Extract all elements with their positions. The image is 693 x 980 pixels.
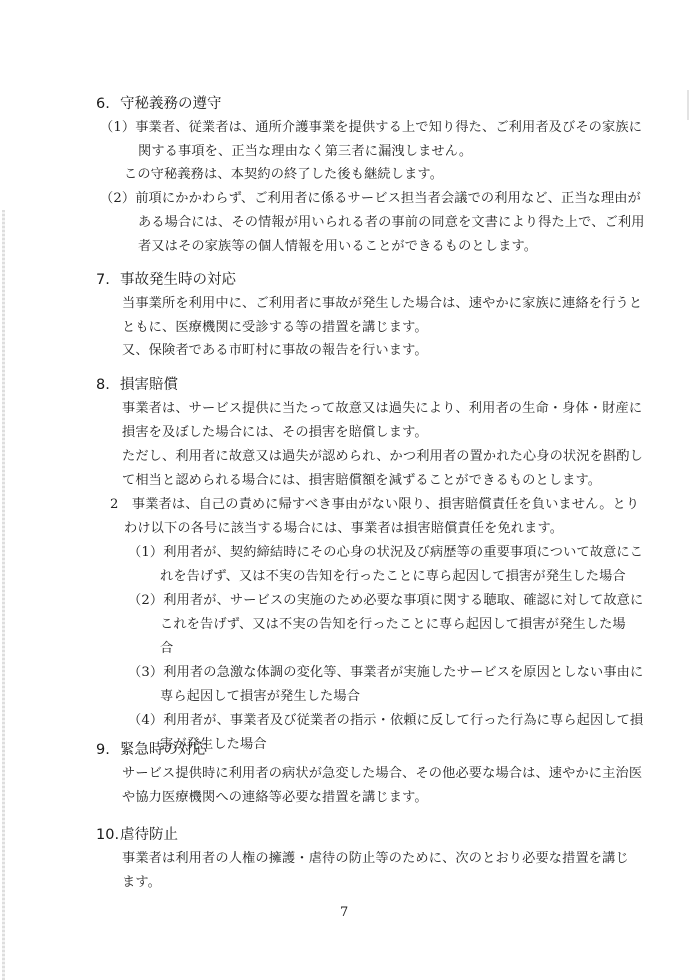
section-7-line: ともに、医療機関に受診する等の措置を講じます。 (122, 318, 428, 338)
section-6-line: （1）事業者、従業者は、通所介護事業を提供する上で知り得た、ご利用者及びその家族… (100, 118, 642, 138)
section-8-line: ただし、利用者に故意又は過失が認められ、かつ利用者の置かれた心身の状況を斟酌し (122, 447, 643, 467)
section-8-line: て相当と認められる場合には、損害賠償額を減ずることができるものとします。 (122, 471, 601, 491)
section-6-line: （2）前項にかかわらず、ご利用者に係るサービス担当者会議での利用など、正当な理由… (100, 189, 641, 209)
section-10-line: 事業者は利用者の人権の擁護・虐待の防止等のために、次のとおり必要な措置を講じ (122, 849, 629, 869)
section-number: 8. (96, 375, 120, 395)
section-8-line: わけ以下の各号に該当する場合には、事業者は損害賠償責任を免れます。 (124, 519, 563, 539)
section-6-line: 関する事項を、正当な理由なく第三者に漏洩しません。 (138, 142, 472, 162)
scan-edge-artifact (2, 210, 5, 980)
section-6-line: ある場合には、その情報が用いられる者の事前の同意を文書により得た上で、ご利用 (138, 213, 645, 233)
section-8-line: （1）利用者が、契約締結時にその心身の状況及び病歴等の重要事項について故意にこ (128, 543, 643, 563)
section-6-heading: 6.守秘義務の遵守 (96, 94, 222, 114)
section-number: 6. (96, 94, 120, 114)
section-7-heading: 7.事故発生時の対応 (96, 270, 236, 290)
section-title: 事故発生時の対応 (120, 272, 236, 288)
section-6-line: この守秘義務は、本契約の終了した後も継続します。 (124, 165, 443, 185)
section-8-line: れを告げず、又は不実の告知を行ったことに専ら起因して損害が発生した場合 (160, 567, 626, 587)
section-8-line: 専ら起因して損害が発生した場合 (160, 687, 360, 707)
section-10-line: ます。 (122, 873, 161, 893)
section-8-line: 損害を及ぼした場合には、その損害を賠償します。 (122, 423, 428, 443)
section-number: 9. (96, 740, 120, 760)
section-7-line: 当事業所を利用中に、ご利用者に事故が発生した場合は、速やかに家族に連絡を行うと (122, 294, 642, 314)
section-7-line: 又、保険者である市町村に事故の報告を行います。 (122, 341, 428, 361)
section-title: 緊急時の対応 (120, 742, 207, 758)
section-10-heading: 10.虐待防止 (96, 825, 178, 845)
section-8-line: 2 事業者は、自己の責めに帰すべき事由がない限り、損害賠償責任を負いません。とり (110, 495, 639, 515)
section-8-line: 合 (160, 639, 173, 659)
section-8-line: （4）利用者が、事業者及び従業者の指示・依頼に反して行った行為に専ら起因して損 (128, 711, 643, 731)
section-title: 虐待防止 (120, 827, 178, 843)
section-6-line: 者又はその家族等の個人情報を用いることができるものとします。 (138, 237, 537, 257)
section-8-line: これを告げず、又は不実の告知を行ったことに専ら起因して損害が発生した場 (160, 615, 626, 635)
section-8-line: （3）利用者の急激な体調の変化等、事業者が実施したサービスを原因としない事由に (128, 663, 643, 683)
section-number: 10. (96, 825, 120, 845)
section-9-line: や協力医療機関への連絡等必要な措置を講じます。 (122, 788, 428, 808)
section-9-heading: 9.緊急時の対応 (96, 740, 207, 760)
section-8-line: （2）利用者が、サービスの実施のため必要な事項に関する聴取、確認に対して故意に (128, 591, 643, 611)
scan-edge-artifact-right (687, 90, 689, 120)
section-9-line: サービス提供時に利用者の病状が急変した場合、その他必要な場合は、速やかに主治医 (122, 764, 642, 784)
section-8-heading: 8.損害賠償 (96, 375, 178, 395)
section-title: 損害賠償 (120, 377, 178, 393)
page-number: 7 (340, 905, 348, 920)
section-8-line: 事業者は、サービス提供に当たって故意又は過失により、利用者の生命・身体・財産に (122, 399, 642, 419)
section-title: 守秘義務の遵守 (120, 96, 222, 112)
section-number: 7. (96, 270, 120, 290)
